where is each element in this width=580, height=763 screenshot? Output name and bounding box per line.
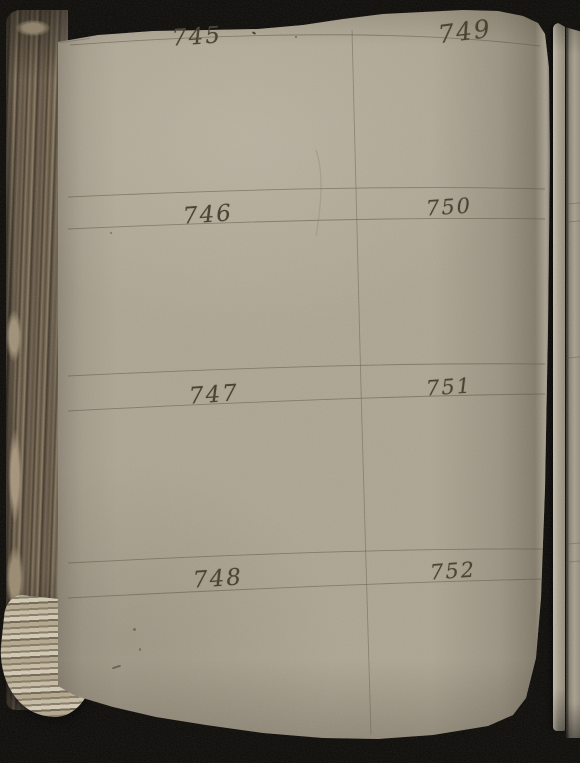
paper-crease — [316, 150, 321, 236]
worn-edge-patch — [6, 310, 22, 362]
rule-line-row4-bot — [68, 579, 545, 598]
entry-number: 747 — [188, 382, 239, 408]
worn-edge-patch — [16, 20, 50, 36]
rule-line-row3-top — [68, 364, 545, 376]
ledger-page — [58, 8, 550, 748]
archival-book-photo: 745 749 746 750 747 751 748 752 — [0, 0, 580, 763]
ink-speck — [110, 232, 112, 234]
adjacent-page-edge-1 — [553, 23, 565, 731]
adjacent-page-edge-2 — [566, 26, 580, 738]
entry-number: 752 — [429, 559, 476, 583]
entry-number: 749 — [437, 16, 493, 47]
rule-line-row2-top — [68, 188, 545, 197]
entry-number: 748 — [192, 566, 243, 592]
entry-number: 746 — [182, 202, 233, 228]
rule-line-row2-bot — [68, 218, 545, 229]
entry-number: 750 — [425, 195, 472, 219]
page-ruling — [58, 8, 550, 748]
worn-edge-patch — [8, 428, 22, 524]
ink-speck — [133, 628, 136, 631]
ink-speck — [139, 648, 141, 651]
ink-speck — [295, 36, 297, 38]
entry-number: 751 — [425, 375, 472, 399]
column-divider-line — [352, 30, 371, 735]
entry-number: 745 — [171, 24, 222, 50]
rule-line-row3-bot — [68, 394, 545, 411]
